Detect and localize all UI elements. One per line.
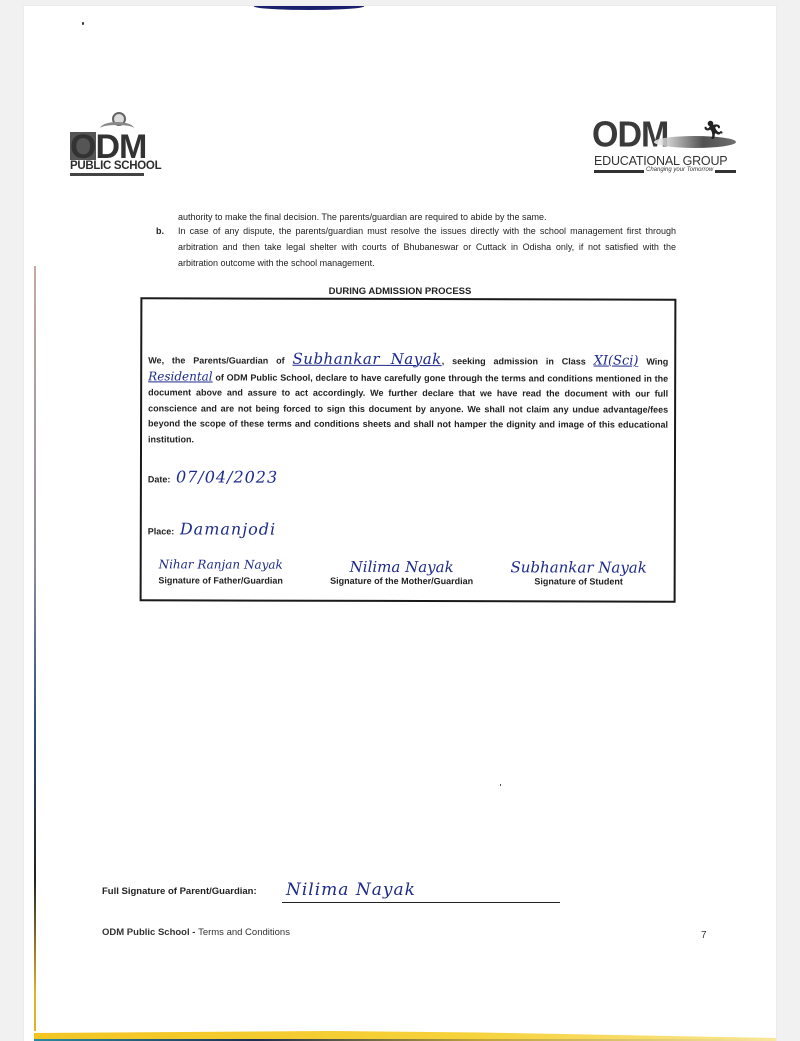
declaration-box: We, the Parents/Guardian of Subhankar Na… (140, 297, 677, 602)
odm-public-school-logo: ODM PUBLIC SCHOOL (70, 112, 150, 176)
page-number: 7 (701, 930, 707, 941)
student-name-field[interactable]: Subhankar Nayak (293, 350, 442, 368)
clause-text: In case of any dispute, the parents/guar… (178, 223, 676, 271)
section-title: DURING ADMISSION PROCESS (24, 286, 776, 297)
footer: ODM Public School - Terms and Conditions (102, 927, 290, 938)
wing-field[interactable]: Residental (148, 369, 213, 383)
declaration-part: We, the Parents/Guardian of (148, 355, 292, 365)
odm-educational-group-logo: ODM 🏃︎ EDUCATIONAL GROUP Changing your T… (592, 118, 742, 178)
logo-group-name: EDUCATIONAL GROUP (594, 154, 727, 168)
student-signature-label: Signature of Student (494, 576, 664, 586)
place-label: Place: (148, 526, 175, 536)
date-label: Date: (148, 474, 171, 484)
date-row: Date: 07/04/2023 (148, 467, 278, 486)
clause-marker: b. (156, 223, 164, 239)
logo-school-name: PUBLIC SCHOOL (70, 160, 161, 172)
place-row: Place: Damanjodi (148, 519, 276, 538)
full-signature-field[interactable]: Nilima Nayak (286, 880, 416, 900)
logo-strip (70, 173, 144, 176)
class-field[interactable]: XI(Sci) (594, 353, 639, 368)
full-signature-line (282, 902, 560, 903)
left-edge-shadow (34, 266, 36, 1031)
declaration-part: Wing (638, 357, 668, 367)
declaration-text: We, the Parents/Guardian of Subhankar Na… (148, 351, 668, 448)
logo-mark: ODM (592, 115, 668, 156)
logo-tagline: Changing your Tomorrow (644, 167, 715, 173)
mother-signature[interactable]: Nilima Nayak (322, 558, 482, 576)
father-signature[interactable]: Nihar Ranjan Nayak (146, 557, 296, 575)
place-field[interactable]: Damanjodi (180, 519, 276, 538)
father-signature-block: Nihar Ranjan Nayak Signature of Father/G… (146, 557, 296, 585)
father-signature-label: Signature of Father/Guardian (146, 575, 296, 585)
declaration-part: , seeking admission in Class (442, 356, 594, 366)
student-signature-block: Subhankar Nayak Signature of Student (494, 558, 664, 586)
scanned-page: ODM PUBLIC SCHOOL ODM 🏃︎ EDUCATIONAL GRO… (24, 6, 776, 1041)
student-signature[interactable]: Subhankar Nayak (494, 558, 664, 576)
date-field[interactable]: 07/04/2023 (176, 467, 278, 486)
bottom-edge-band (34, 1031, 776, 1041)
footer-school: ODM Public School - (102, 927, 198, 938)
mother-signature-label: Signature of the Mother/Guardian (322, 576, 482, 586)
clause-b: b. In case of any dispute, the parents/g… (156, 223, 676, 271)
speck (82, 22, 84, 25)
speck (500, 784, 501, 786)
top-edge-arc (254, 6, 364, 10)
runner-icon: 🏃︎ (702, 120, 725, 141)
mother-signature-block: Nilima Nayak Signature of the Mother/Gua… (322, 558, 482, 586)
footer-doc-title: Terms and Conditions (198, 927, 290, 938)
full-signature-label: Full Signature of Parent/Guardian: (102, 886, 257, 897)
declaration-part: of ODM Public School, declare to have ca… (148, 372, 668, 444)
